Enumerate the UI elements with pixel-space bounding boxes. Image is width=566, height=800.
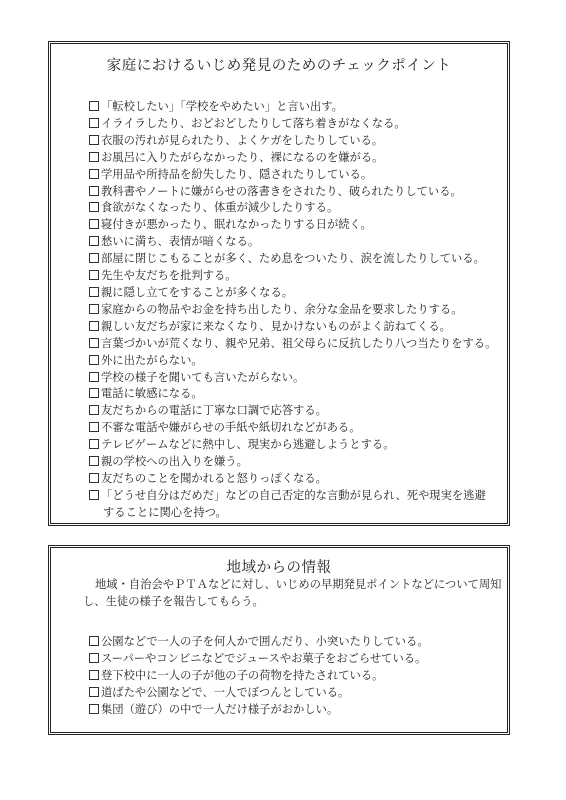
checkbox-icon[interactable] [89, 304, 99, 314]
checklist-item: 電話に敏感になる。 [89, 386, 519, 403]
checkbox-icon[interactable] [89, 355, 99, 365]
checkbox-icon[interactable] [89, 636, 99, 646]
checklist-item: 「転校したい」「学校をやめたい」と言い出す。 [89, 99, 519, 116]
checkbox-icon[interactable] [89, 439, 99, 449]
checklist-item: お風呂に入りたがらなかったり、裸になるのを嫌がる。 [89, 150, 519, 167]
checkbox-icon[interactable] [89, 372, 99, 382]
checklist-item: 親しい友だちが家に来なくなり、見かけないものがよく訪ねてくる。 [89, 319, 519, 336]
checklist-item: イライラしたり、おどおどしたりして落ち着きがなくなる。 [89, 116, 519, 133]
checklist-item: 親の学校への出入りを嫌う。 [89, 454, 519, 471]
checklist-item: 教科書やノートに嫌がらせの落書きをされたり、破られたりしている。 [89, 184, 519, 201]
checklist-item: 先生や友だちを批判する。 [89, 268, 519, 285]
checkbox-icon[interactable] [89, 473, 99, 483]
checklist-item: テレビゲームなどに熱中し、現実から逃避しようとする。 [89, 437, 519, 454]
checkbox-icon[interactable] [89, 270, 99, 280]
checkbox-icon[interactable] [89, 219, 99, 229]
checkbox-icon[interactable] [89, 653, 99, 663]
checkbox-icon[interactable] [89, 101, 99, 111]
checkbox-icon[interactable] [89, 422, 99, 432]
checkbox-icon[interactable] [89, 253, 99, 263]
checklist-item: 言葉づかいが荒くなり、親や兄弟、祖父母らに反抗したり八つ当たりをする。 [89, 336, 519, 353]
checklist-item: 集団（遊び）の中で一人だけ様子がおかしい。 [89, 702, 429, 719]
checklist-item: 学用品や所持品を紛失したり、隠されたりしている。 [89, 167, 519, 184]
checklist-item: 食欲がなくなったり、体重が減少したりする。 [89, 200, 519, 217]
checklist-item: 外に出たがらない。 [89, 353, 519, 370]
checkbox-icon[interactable] [89, 388, 99, 398]
home-checklist-title: 家庭におけるいじめ発見のためのチェックポイント [51, 54, 507, 75]
community-info-intro: 地域・自治会やＰＴＡなどに対し、いじめの早期発見ポイントなどについて周知し、生徒… [83, 576, 503, 610]
community-info-box: 地域からの情報 地域・自治会やＰＴＡなどに対し、いじめの早期発見ポイントなどにつ… [48, 545, 510, 735]
checkbox-icon[interactable] [89, 152, 99, 162]
home-checklist-box: 家庭におけるいじめ発見のためのチェックポイント 「転校したい」「学校をやめたい」… [48, 41, 510, 526]
community-checklist: 公園などで一人の子を何人かで囲んだり、小突いたりしている。 スーパーやコンビニな… [89, 634, 429, 719]
checklist-item: 衣服の汚れが見られたり、よくケガをしたりしている。 [89, 133, 519, 150]
checkbox-icon[interactable] [89, 670, 99, 680]
checkbox-icon[interactable] [89, 169, 99, 179]
checkbox-icon[interactable] [89, 186, 99, 196]
checkbox-icon[interactable] [89, 321, 99, 331]
checkbox-icon[interactable] [89, 118, 99, 128]
checkbox-icon[interactable] [89, 135, 99, 145]
checklist-item: 学校の様子を聞いても言いたがらない。 [89, 370, 519, 387]
checkbox-icon[interactable] [89, 236, 99, 246]
checkbox-icon[interactable] [89, 490, 99, 500]
community-info-title: 地域からの情報 [51, 556, 507, 577]
checkbox-icon[interactable] [89, 405, 99, 415]
checkbox-icon[interactable] [89, 202, 99, 212]
checklist-item: スーパーやコンビニなどでジュースやお菓子をおごらせている。 [89, 651, 429, 668]
checklist-item: 登下校中に一人の子が他の子の荷物を持たされている。 [89, 668, 429, 685]
checklist-item: 不審な電話や嫌がらせの手紙や紙切れなどがある。 [89, 420, 519, 437]
checklist-item: 「どうせ自分はだめだ」などの自己否定的な言動が見られ、死や現実を逃避することに関… [89, 488, 519, 522]
checkbox-icon[interactable] [89, 456, 99, 466]
checklist-item: 公園などで一人の子を何人かで囲んだり、小突いたりしている。 [89, 634, 429, 651]
checklist-item: 愁いに満ち、表情が暗くなる。 [89, 234, 519, 251]
checklist-item: 親に隠し立てをすることが多くなる。 [89, 285, 519, 302]
checkbox-icon[interactable] [89, 338, 99, 348]
checklist-item: 友だちのことを聞かれると怒りっぽくなる。 [89, 471, 519, 488]
checklist-item: 道ばたや公園などで、一人でぼつんとしている。 [89, 685, 429, 702]
checkbox-icon[interactable] [89, 287, 99, 297]
checkbox-icon[interactable] [89, 687, 99, 697]
checklist-item: 家庭からの物品やお金を持ち出したり、余分な金品を要求したりする。 [89, 302, 519, 319]
checklist-item: 友だちからの電話に丁寧な口調で応答する。 [89, 403, 519, 420]
home-checklist: 「転校したい」「学校をやめたい」と言い出す。 イライラしたり、おどおどしたりして… [89, 99, 519, 522]
checklist-item: 部屋に閉じこもることが多く、ため息をついたり、涙を流したりしている。 [89, 251, 519, 268]
checkbox-icon[interactable] [89, 704, 99, 714]
checklist-item: 寝付きが悪かったり、眠れなかったりする日が続く。 [89, 217, 519, 234]
